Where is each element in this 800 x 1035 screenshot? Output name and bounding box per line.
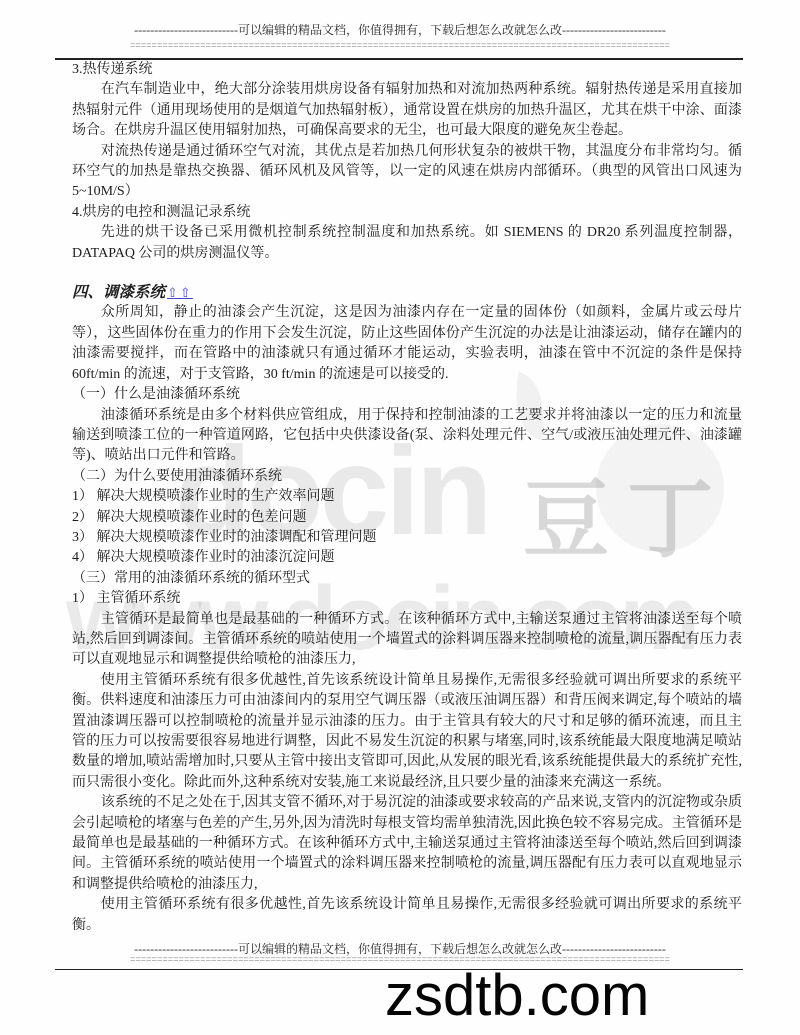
header-separator: ========================================… [0,41,800,51]
paragraph-main-pipe-drawbacks: 该系统的不足之处在于,因其支管不循环,对于易沉淀的油漆或要求较高的产品来说,支管… [72,793,742,895]
list-item-sedimentation: 4） 解决大规模喷漆作业时的油漆沉淀问题 [72,548,742,568]
heading-paint-mixing-system: 四、调漆系统⇧⇧ [72,283,742,303]
heading-heat-transfer-system: 3.热传递系统 [72,60,742,80]
subheading-circulation-types: （三）常用的油漆循环系统的循环型式 [72,569,742,589]
list-item-paint-management: 3） 解决大规模喷漆作业时的油漆调配和管理问题 [72,528,742,548]
top-anchor-links[interactable]: ⇧⇧ [167,285,193,300]
list-item-efficiency: 1） 解决大规模喷漆作业时的生产效率问题 [72,487,742,507]
paragraph-convection-heating: 对流热传递是通过循环空气对流，其优点是若加热几何形状复杂的被烘干物，其温度分布非… [72,142,742,203]
site-url-watermark: zsdtb.com [385,962,649,1029]
list-item-main-pipe-system: 1） 主管循环系统 [72,589,742,609]
paragraph-control-equipment: 先进的烘干设备已采用微机控制系统控制温度和加热系统。如 SIEMENS 的 DR… [72,223,742,264]
subheading-why-use-circulation: （二）为什么要使用油漆循环系统 [72,467,742,487]
document-page: docin 豆丁 www.docin.com -----------------… [0,0,800,1035]
section-title-text: 四、调漆系统 [72,284,165,301]
paragraph-paint-sedimentation: 众所周知，静止的油漆会产生沉淀，这是因为油漆内存在一定量的固体份（如颜料，金属片… [72,303,742,385]
heading-oven-control-system: 4.烘房的电控和测温记录系统 [72,203,742,223]
paragraph-main-pipe-advantages: 使用主管循环系统有很多优越性,首先该系统设计简单且易操作,无需很多经验就可调出所… [72,671,742,793]
paragraph-advantages-repeat: 使用主管循环系统有很多优越性,首先该系统设计简单且易操作,无需很多经验就可调出所… [72,895,742,936]
header-note: --------------------------可以编辑的精品文档，你值得拥… [0,21,800,38]
subheading-what-is-circulation: （一）什么是油漆循环系统 [72,385,742,405]
document-body: 3.热传递系统 在汽车制造业中，绝大部分涂装用烘房设备有辐射加热和对流加热两种系… [72,60,742,936]
paragraph-circulation-definition: 油漆循环系统是由多个材料供应管组成，用于保持和控制油漆的工艺要求并将油漆以一定的… [72,406,742,467]
list-item-color-difference: 2） 解决大规模喷漆作业时的色差问题 [72,508,742,528]
paragraph-radiant-heating: 在汽车制造业中，绝大部分涂装用烘房设备有辐射加热和对流加热两种系统。辐射热传递是… [72,80,742,141]
paragraph-main-pipe-intro: 主管循环是最简单也是最基础的一种循环方式。在该种循环方式中,主输送泵通过主管将油… [72,610,742,671]
